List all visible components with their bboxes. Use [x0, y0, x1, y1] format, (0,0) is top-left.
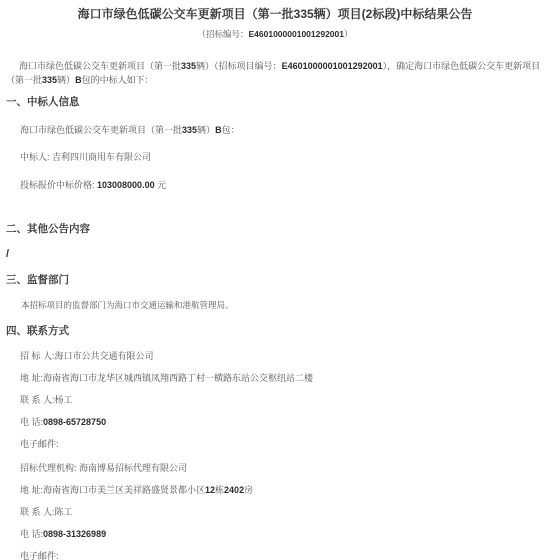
- bidder-email-line: 电子邮件:: [6, 439, 544, 449]
- winner-price-line: 投标报价中标价格: 103008000.00 元: [6, 180, 544, 191]
- winner-name-line: 中标人: 吉利四川商用车有限公司: [6, 152, 544, 163]
- agency-contact-block: 招标代理机构: 海南博易招标代理有限公司 地 址:海南省海口市美兰区美祥路盛贤景…: [6, 463, 544, 560]
- winner-package-line: 海口市绿色低碳公交车更新项目（第一批335辆）B包：: [6, 125, 544, 136]
- bidder-address-line: 地 址:海南省海口市龙华区城西镇凤翔西路丁村一横路东站公交枢纽站二楼: [6, 373, 544, 383]
- section-heading-winner-info: 一、中标人信息: [6, 96, 544, 109]
- agency-email-line: 电子邮件:: [6, 551, 544, 560]
- bidder-contact-person-line: 联 系 人:杨工: [6, 395, 544, 405]
- agency-address-line: 地 址:海南省海口市美兰区美祥路盛贤景都小区12栋2402房: [6, 485, 544, 495]
- page-title: 海口市绿色低碳公交车更新项目（第一批335辆）项目(2标段)中标结果公告: [6, 7, 544, 22]
- bidder-phone-line: 电 话:0898-65728750: [6, 417, 544, 427]
- other-content-placeholder: /: [6, 248, 544, 260]
- section-heading-supervisor: 三、监督部门: [6, 274, 544, 287]
- supervisor-body-text: 本招标项目的监督部门为海口市交通运输和港航管理局。: [6, 300, 544, 310]
- agency-phone-line: 电 话:0898-31326989: [6, 529, 544, 539]
- bidder-name-line: 招 标 人:海口市公共交通有限公司: [6, 351, 544, 361]
- bidder-contact-block: 招 标 人:海口市公共交通有限公司 地 址:海南省海口市龙华区城西镇凤翔西路丁村…: [6, 351, 544, 449]
- section-heading-contact: 四、联系方式: [6, 325, 544, 338]
- agency-name-line: 招标代理机构: 海南博易招标代理有限公司: [6, 463, 544, 473]
- section-heading-other-content: 二、其他公告内容: [6, 223, 544, 236]
- agency-contact-person-line: 联 系 人:陈工: [6, 507, 544, 517]
- announcement-document: 海口市绿色低碳公交车更新项目（第一批335辆）项目(2标段)中标结果公告 （招标…: [0, 0, 550, 560]
- bid-number-subtitle: （招标编号：E4601000001001292001）: [6, 29, 544, 40]
- intro-paragraph: 海口市绿色低碳公交车更新项目（第一批335辆）（招标项目编号：E46010000…: [6, 60, 544, 87]
